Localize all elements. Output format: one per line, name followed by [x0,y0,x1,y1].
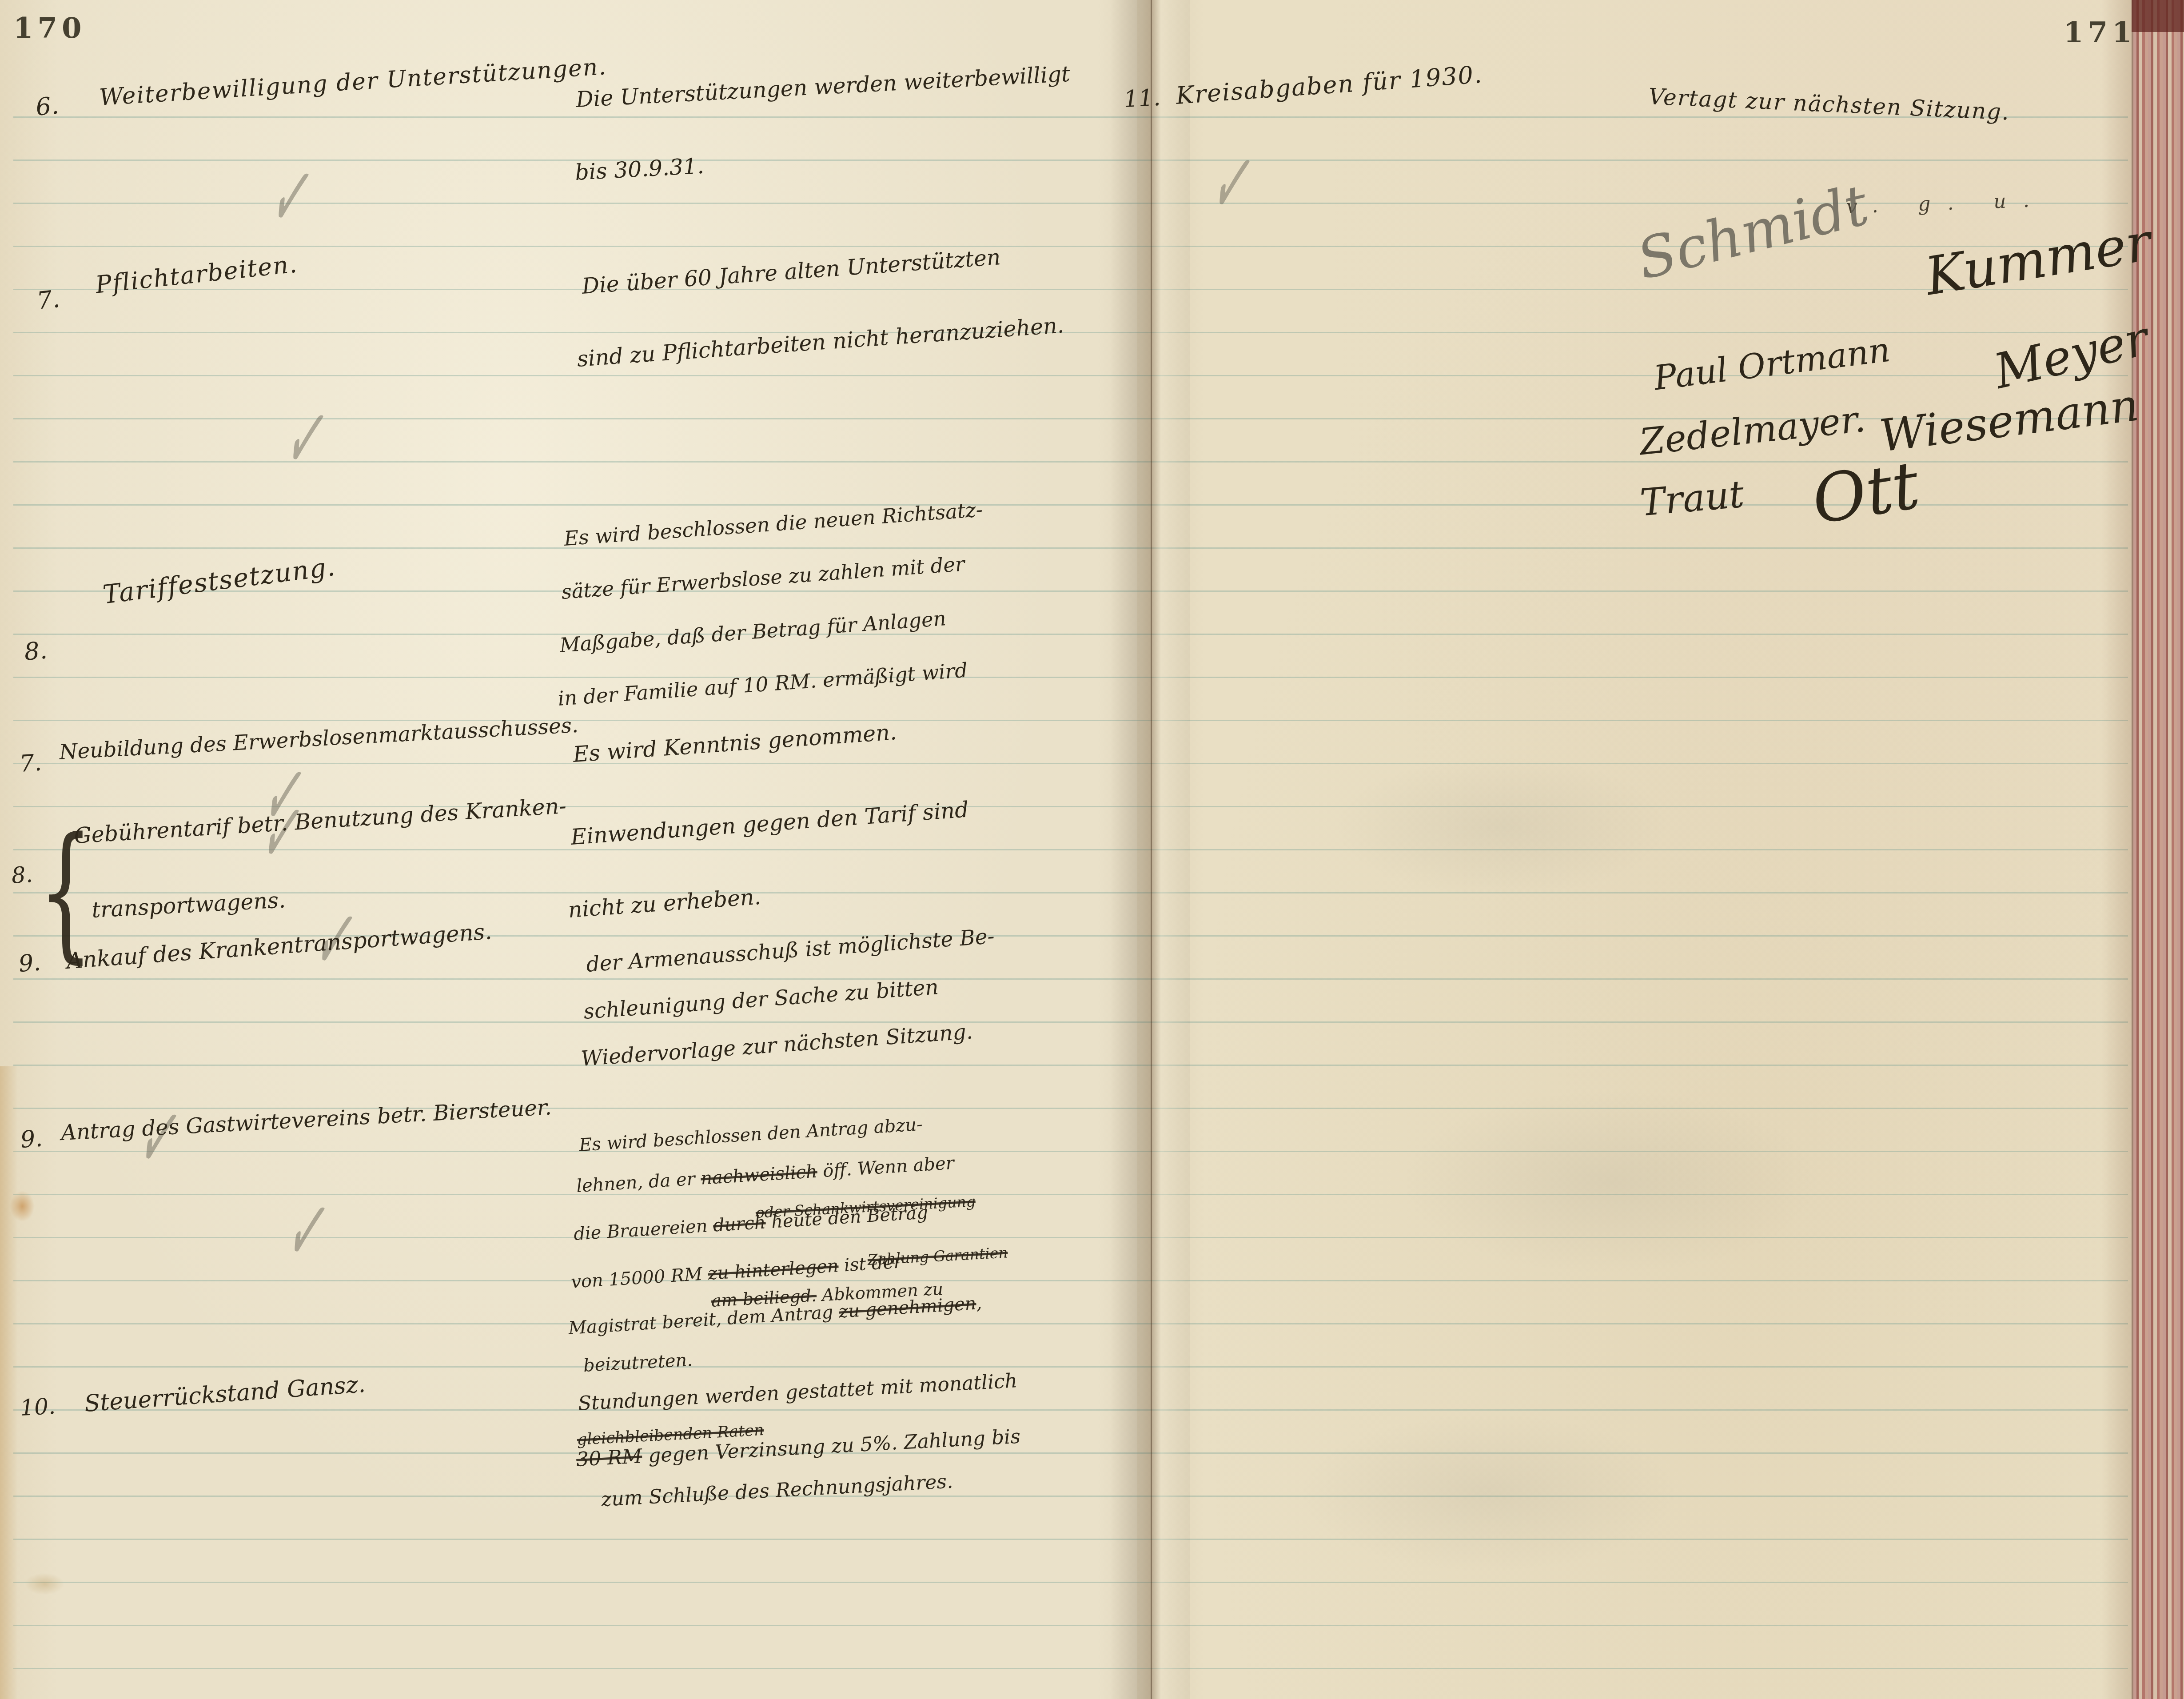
paper-stain [24,1573,64,1595]
signature: Traut [1638,474,1746,523]
resolution-segment: ist der [838,1252,903,1276]
left-paper-edge [0,1066,18,1699]
showthrough-smudge [1297,1413,1679,1573]
entry-number: 11. [1123,85,1161,112]
entry-number: 9. [18,950,41,977]
ledger-spread: 170 171 6. Weiterbewilligung der Unterst… [0,0,2184,1699]
struck-segment: durch [713,1212,766,1236]
gutter-crease [1151,0,1152,1699]
entry-number: 7. [36,286,61,314]
entry-number: 8. [23,637,48,666]
fore-edge-top [2132,0,2184,32]
entry-number: 6. [35,92,60,121]
showthrough-smudge [1333,755,1670,897]
page-number-left: 170 [13,12,86,45]
showthrough-smudge [1399,1089,1821,1275]
entry-number: 7. [19,750,42,778]
struck-segment: 30 RM [576,1445,643,1471]
paper-stain [10,1191,35,1222]
page-number-right: 171 [2064,16,2136,49]
entry-number: 10. [20,1394,56,1420]
signature: Ott [1807,449,1924,537]
book-gutter [1110,0,1190,1699]
entry-number: 8. [11,862,33,888]
resolution-segment: , [976,1293,983,1314]
entry-number: 9. [20,1126,43,1153]
